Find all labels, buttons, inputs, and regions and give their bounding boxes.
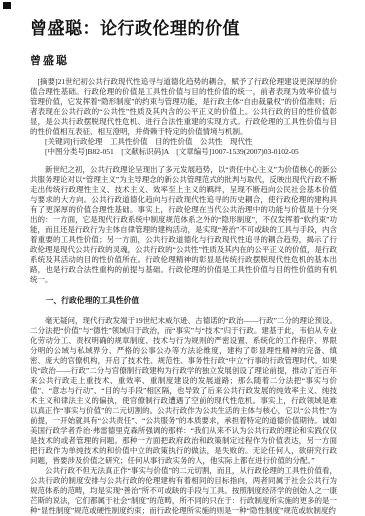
abstract-paragraph: [摘要]21世纪初公共行政现代性追寻与道德化趋势的耦合，赋予了行政伦理建设更深厚… (30, 77, 337, 137)
article-author: 曾盛聪 (30, 52, 337, 68)
corner-mark (3, 2, 11, 9)
article-page: 曾盛聪：论行政伦理的价值 曾盛聪 [摘要]21世纪初公共行政现代性追寻与道德化趋… (0, 0, 365, 516)
section-1-paragraph-1: 毫无疑问，现代行政发端于19世纪末威尔逊、古德诺的“政治——行政”二分的理论预设… (30, 316, 337, 466)
intro-paragraph: 新世纪之初，公共行政理论呈现出了多元发展趋势，以“责任中心主义”为价值核心的新公… (30, 165, 337, 285)
section-1-paragraph-2: 公共行政不但无法真正作“事实与价值”的二元切割，而且，从行政伦理的工具性价值看，… (30, 466, 337, 516)
section-1-heading: 一、行政伦理的工具性价值 (30, 296, 337, 306)
article-title: 曾盛聪：论行政伦理的价值 (30, 20, 337, 39)
article-meta-block: [摘要]21世纪初公共行政现代性追寻与道德化趋势的耦合，赋予了行政伦理建设更深厚… (30, 77, 337, 157)
keywords-line: [关键词]行政伦理 工具性价值 目的性价值 公共性 现代性 (30, 137, 337, 147)
classification-line: [中图分类号]B82-051 [文献标识码]A [文章编号]1007-1539(… (30, 147, 337, 157)
